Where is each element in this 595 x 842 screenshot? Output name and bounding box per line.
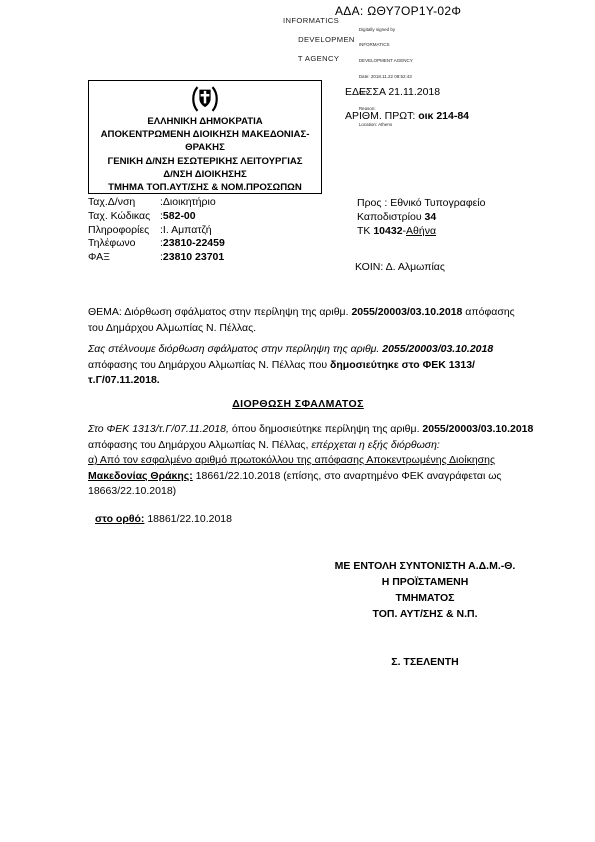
recipient-city: Αθήνα [406, 225, 436, 237]
recipient-city-line: ΤΚ 10432-Αθήνα [357, 224, 485, 238]
signoff-by-order: ΜΕ ΕΝΤΟΛΗ ΣΥΝΤΟΝΙΣΤΗ Α.Δ.Μ.-Θ. [300, 558, 550, 574]
place-date: ΕΔΕΣΣΑ 21.11.2018 [345, 86, 469, 98]
recipient-name: Εθνικό Τυπογραφείο [390, 197, 485, 209]
subject-label: ΘΕΜΑ: [88, 306, 124, 318]
contact-row-postal-code: Ταχ. Κώδικας: 582-00 [88, 210, 225, 224]
corrected-number: 18861/22.10.2018 [144, 513, 232, 525]
contact-label: Ταχ. Κώδικας [88, 210, 160, 224]
body-decision-number: 2055/20003/03.10.2018 [422, 423, 533, 435]
signoff-title: Η ΠΡΟΪΣΤΑΜΕΝΗ [300, 574, 550, 590]
contact-value: Ι. Αμπατζή [163, 224, 212, 238]
contact-value: 582-00 [163, 210, 196, 224]
header-line-directorate: Δ/ΝΣΗ ΔΙΟΙΚΗΣΗΣ [89, 168, 321, 181]
recipient-to-label: Προς : [357, 197, 390, 209]
intro-text: Σας στέλνουμε διόρθωση σφάλματος στην πε… [88, 343, 382, 355]
correction-body: Στο ΦΕΚ 1313/τ.Γ/07.11.2018, όπου δημοσι… [88, 422, 534, 500]
corrected-label: στο ορθό: [95, 513, 144, 525]
recipient-street-number: 34 [425, 211, 437, 223]
stamp-agency-line: INFORMATICS [283, 16, 339, 25]
recipient-tk-value: 10432 [373, 225, 402, 237]
contact-label: Τηλέφωνο [88, 237, 160, 251]
intro-decision-number: 2055/20003/03.10.2018 [382, 343, 493, 355]
recipient-to-line: Προς : Εθνικό Τυπογραφείο [357, 196, 485, 210]
stamp-agency-line: DEVELOPMEN [298, 35, 355, 44]
signatory-name: Σ. ΤΣΕΛΕΝΤΗ [300, 656, 550, 668]
contact-label: ΦΑΞ [88, 251, 160, 265]
stamp-detail-line: Date: 2018.11.22 08:52:43 [359, 74, 413, 79]
body-correction-intro: επέρχεται η εξής διόρθωση: [311, 439, 440, 451]
contact-info-block: Ταχ.Δ/νση: Διοικητήριο Ταχ. Κώδικας: 582… [88, 196, 225, 265]
recipient-street: Καποδιστρίου [357, 211, 425, 223]
document-page: ΑΔΑ: ΩΘΥ7ΟΡ1Υ-02Φ INFORMATICS DEVELOPMEN… [0, 0, 595, 842]
protocol-number: ΑΡΙΘΜ. ΠΡΩΤ: οικ 214-84 [345, 110, 469, 122]
contact-row-phone: Τηλέφωνο: 23810-22459 [88, 237, 225, 251]
signoff-block: ΜΕ ΕΝΤΟΛΗ ΣΥΝΤΟΝΙΣΤΗ Α.Δ.Μ.-Θ. Η ΠΡΟΪΣΤΑ… [300, 558, 550, 622]
contact-label: Ταχ.Δ/νση [88, 196, 160, 210]
body-fek-reference: Στο ΦΕΚ 1313/τ.Γ/07.11.2018, [88, 423, 229, 435]
correction-heading-text: ΔΙΟΡΘΩΣΗ ΣΦΑΛΜΑΤΟΣ [232, 398, 364, 410]
body-erroneous-clause: α) Από τον εσφαλμένο αριθμό πρωτοκόλλου … [88, 454, 495, 466]
recipient-tk-label: ΤΚ [357, 225, 373, 237]
subject-decision-number: 2055/20003/03.10.2018 [351, 306, 462, 318]
cc-value: Δ. Αλμωπίας [386, 261, 445, 273]
stamp-detail-line: DEVELOPMENT AGENCY [359, 58, 413, 63]
subject-paragraph: ΘΕΜΑ: Διόρθωση σφάλματος στην περίληψη τ… [88, 304, 524, 336]
signoff-department-2: ΤΟΠ. ΑΥΤ/ΣΗΣ & Ν.Π. [300, 606, 550, 622]
contact-row-address: Ταχ.Δ/νση: Διοικητήριο [88, 196, 225, 210]
protocol-label: ΑΡΙΘΜ. ΠΡΩΤ: [345, 110, 415, 122]
stamp-detail-line: INFORMATICS [359, 42, 413, 47]
stamp-detail-line: Location: Athens [359, 122, 413, 127]
subject-text: Διόρθωση σφάλματος στην περίληψη της αρι… [124, 306, 351, 318]
stamp-detail-line: Digitally signed by [359, 27, 413, 32]
stamp-agency-line: T AGENCY [298, 54, 339, 63]
contact-row-information: Πληροφορίες: Ι. Αμπατζή [88, 224, 225, 238]
intro-text: απόφασης του Δημάρχου Αλμωπίας Ν. Πέλλας… [88, 359, 330, 371]
contact-value: Διοικητήριο [163, 196, 216, 210]
cc-line: ΚΟΙΝ: Δ. Αλμωπίας [355, 261, 445, 273]
header-line-administration: ΑΠΟΚΕΝΤΡΩΜΕΝΗ ΔΙΟΙΚΗΣΗ ΜΑΚΕΔΟΝΙΑΣ-ΘΡΑΚΗΣ [89, 128, 321, 154]
sender-header-box: ΕΛΛΗΝΙΚΗ ΔΗΜΟΚΡΑΤΙΑ ΑΠΟΚΕΝΤΡΩΜΕΝΗ ΔΙΟΙΚΗ… [88, 80, 322, 194]
cc-label: ΚΟΙΝ: [355, 261, 386, 273]
body-text: όπου δημοσιεύτηκε περίληψη της αριθμ. [229, 423, 422, 435]
contact-label: Πληροφορίες [88, 224, 160, 238]
recipient-street-line: Καποδιστρίου 34 [357, 210, 485, 224]
contact-row-fax: ΦΑΞ: 23810 23701 [88, 251, 225, 265]
date-protocol-block: ΕΔΕΣΣΑ 21.11.2018 ΑΡΙΘΜ. ΠΡΩΤ: οικ 214-8… [345, 86, 469, 122]
header-line-republic: ΕΛΛΗΝΙΚΗ ΔΗΜΟΚΡΑΤΙΑ [89, 115, 321, 128]
corrected-value-line: στο ορθό: 18861/22.10.2018 [95, 513, 232, 525]
recipient-block: Προς : Εθνικό Τυπογραφείο Καποδιστρίου 3… [357, 196, 485, 238]
protocol-value: οικ 214-84 [415, 110, 469, 122]
header-line-directorate-general: ΓΕΝΙΚΗ Δ/ΝΣΗ ΕΣΩΤΕΡΙΚΗΣ ΛΕΙΤΟΥΡΓΙΑΣ [89, 155, 321, 168]
body-text: απόφασης του Δημάρχου Αλμωπίας Ν. Πέλλας… [88, 439, 311, 451]
contact-value: 23810 23701 [163, 251, 224, 265]
intro-paragraph: Σας στέλνουμε διόρθωση σφάλματος στην πε… [88, 342, 532, 389]
body-erroneous-clause-bold: Μακεδονίας Θράκης: [88, 470, 193, 482]
contact-value: 23810-22459 [163, 237, 225, 251]
correction-heading: ΔΙΟΡΘΩΣΗ ΣΦΑΛΜΑΤΟΣ [88, 398, 508, 410]
signoff-department: ΤΜΗΜΑΤΟΣ [300, 590, 550, 606]
header-line-department: ΤΜΗΜΑ ΤΟΠ.ΑΥΤ/ΣΗΣ & ΝΟΜ.ΠΡΟΣΩΠΩΝ [89, 181, 321, 194]
greek-national-emblem-icon [190, 84, 220, 114]
